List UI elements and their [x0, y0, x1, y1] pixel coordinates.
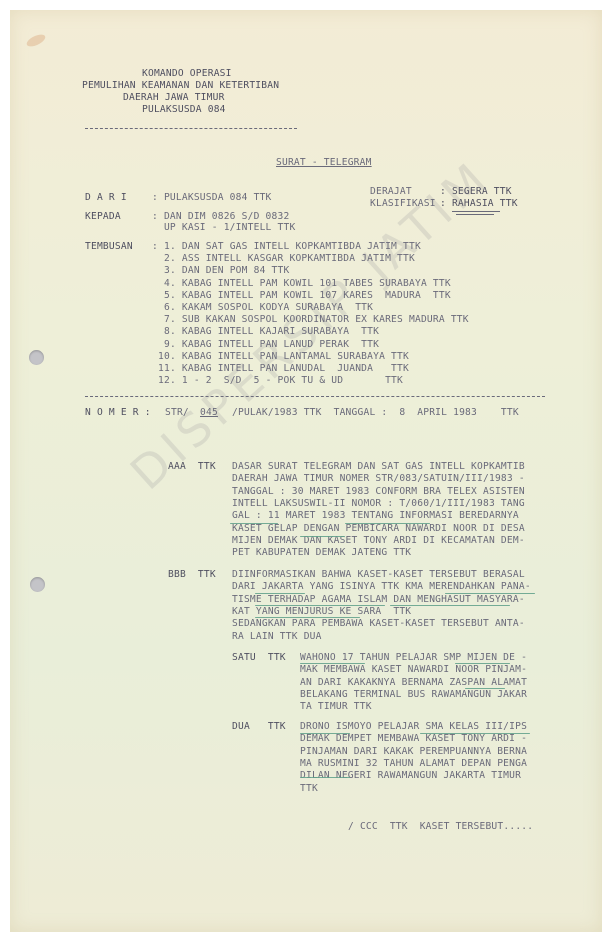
kepada-label: KEPADA [85, 211, 121, 223]
pen-underline [230, 523, 278, 524]
paragraph-line: INTELL LAKSUSWIL-II NOMOR : T/060/1/III/… [232, 498, 525, 510]
pen-underline [345, 523, 430, 524]
paragraph-line: GAL : 11 MARET 1983 TENTANG INFORMASI BE… [232, 510, 519, 522]
paragraph-line: MAK MEMBAWA KASET NAWARDI NOOR PINJAM- [300, 664, 527, 676]
header-divider [85, 128, 297, 129]
pen-underline [300, 663, 365, 664]
paragraph-line: MA RUSMINI 32 TAHUN ALAMAT DEPAN PENGA [300, 758, 527, 770]
pen-underline [300, 777, 350, 778]
pen-underline [455, 663, 510, 664]
pen-underline [255, 593, 305, 594]
pen-underline [445, 593, 535, 594]
paragraph-line: RA LAIN TTK DUA [232, 631, 322, 643]
paragraph-line: SEDANGKAN PARA PEMBAWA KASET-KASET TERSE… [232, 618, 525, 630]
pen-underline [255, 617, 360, 618]
punch-hole-icon [30, 577, 45, 592]
paragraph-line: DRONO ISMOYO PELAJAR SMA KELAS III/IPS [300, 721, 527, 733]
tembusan-item: 3. DAN DEN POM 84 TTK [158, 265, 289, 277]
nomor-label: N O M E R : [85, 407, 151, 419]
pen-underline [300, 733, 350, 734]
nomor-divider [85, 396, 545, 397]
dari-label: D A R I [85, 192, 127, 204]
paragraph-line: TA TIMUR TTK [300, 701, 372, 713]
continuation-text: / CCC TTK KASET TERSEBUT..... [348, 821, 533, 833]
header-line-1: KOMANDO OPERASI [142, 68, 232, 80]
paragraph-line: AN DARI KAKAKNYA BERNAMA ZASPAN ALAMAT [300, 677, 527, 689]
punch-hole-icon [29, 350, 44, 365]
derajat-label: DERAJAT [370, 186, 412, 198]
paragraph-line: DARI JAKARTA YANG ISINYA TTK KMA MERENDA… [232, 581, 531, 593]
paragraph-line: TTK [300, 783, 318, 795]
paragraph-line: TISME TERHADAP AGAMA ISLAM DAN MENGHASUT… [232, 594, 525, 606]
header-line-3: DAERAH JAWA TIMUR [123, 92, 225, 104]
pen-underline [420, 733, 530, 734]
paragraph-line: MIJEN DEMAK DAN KASET TONY ARDI DI KECAM… [232, 535, 525, 547]
paragraph-line: DAERAH JAWA TIMUR NOMER STR/083/SATUIN/I… [232, 473, 525, 485]
paragraph-line: DASAR SURAT TELEGRAM DAN SAT GAS INTELL … [232, 461, 525, 473]
pen-underline [300, 536, 345, 537]
paragraph-line: PET KABUPATEN DEMAK JATENG TTK [232, 547, 411, 559]
paragraph-line: DIINFORMASIKAN BAHWA KASET-KASET TERSEBU… [232, 569, 525, 581]
nomor-suffix: /PULAK/1983 TTK TANGGAL : 8 APRIL 1983 T… [232, 407, 519, 419]
header-line-4: PULAKSUSDA 084 [142, 104, 226, 116]
paragraph-label: DUA TTK [232, 721, 286, 733]
paragraph-line: TANGGAL : 30 MARET 1983 CONFORM BRA TELE… [232, 486, 525, 498]
paragraph-label: BBB TTK [168, 569, 216, 581]
paragraph-line: DEMAK DEMPET MEMBAWA KASET TONY ARDI - [300, 733, 527, 745]
paragraph-line: PINJAMAN DARI KAKAK PEREMPUANNYA BERNA [300, 746, 527, 758]
paragraph-label: SATU TTK [232, 652, 286, 664]
paragraph-line: KASET GELAP DENGAN PEMBICARA NAWARDI NOO… [232, 523, 525, 535]
pen-underline [390, 605, 510, 606]
header-line-2: PEMULIHAN KEAMANAN DAN KETERTIBAN [82, 80, 279, 92]
pen-underline [255, 605, 385, 606]
tembusan-label: TEMBUSAN [85, 241, 133, 253]
document-title: SURAT - TELEGRAM [276, 157, 372, 169]
dari-value: : PULAKSUSDA 084 TTK [152, 192, 272, 204]
tembusan-item: 4. KABAG INTELL PAM KOWIL 101 TABES SURA… [158, 278, 451, 290]
kepada-value-2: UP KASI - 1/INTELL TTK [152, 222, 295, 234]
paragraph-line: BELAKANG TERMINAL BUS RAWAMANGUN JAKAR [300, 689, 527, 701]
pen-underline [465, 688, 505, 689]
